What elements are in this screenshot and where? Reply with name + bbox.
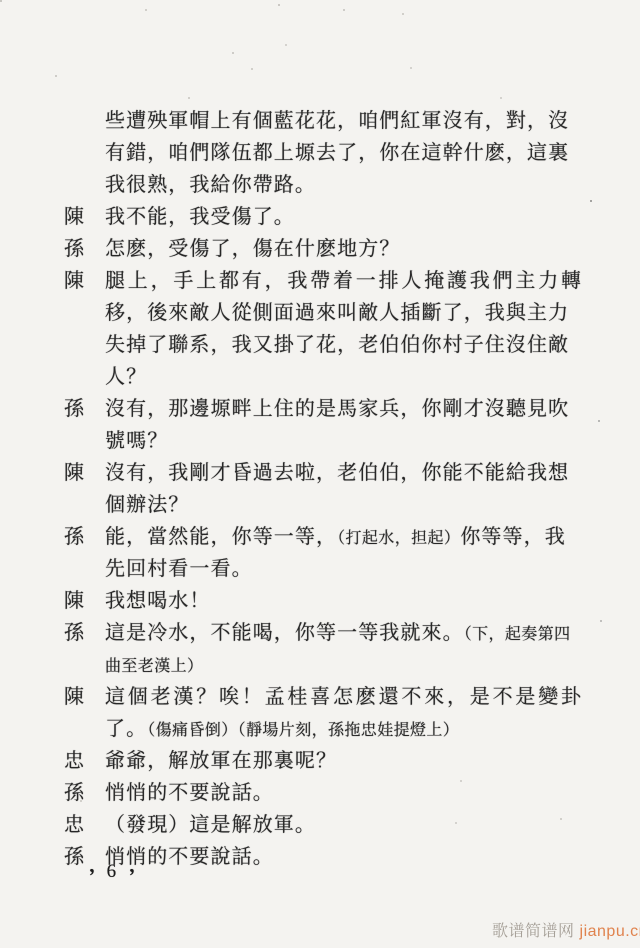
watermark-site-name: 歌谱简谱网 [492, 923, 575, 940]
speaker-label: 忠 [64, 810, 105, 840]
script-line: 陳我想喝水！ [64, 586, 590, 618]
dialogue-text: 能，當然能，你等一等，（打起水，担起）你等等，我 [105, 522, 566, 554]
dialogue-text: 我很熟，我給你帶路。 [105, 170, 316, 202]
script-text-block: 些遭殃軍帽上有個藍花花，咱們紅軍沒有，對，沒 有錯，咱們隊伍都上塬去了，你在這幹… [64, 106, 590, 874]
dialogue-text: 移，後來敵人從側面過來叫敵人插斷了，我與主力 [105, 298, 569, 330]
speaker-label: 孫 [64, 394, 105, 424]
script-line: 陳我不能，我受傷了。 [64, 202, 590, 234]
dialogue-text: 號嗎？ [105, 426, 168, 458]
script-line: 先回村看一看。 [64, 554, 590, 586]
dialogue-text: 先回村看一看。 [105, 554, 253, 586]
dialogue-text: 些遭殃軍帽上有個藍花花，咱們紅軍沒有，對，沒 [105, 106, 569, 138]
script-line: 孫能，當然能，你等一等，（打起水，担起）你等等，我 [64, 522, 590, 554]
dialogue-text: 我想喝水！ [105, 586, 211, 618]
page-number-footer: ‚6‚ [88, 860, 135, 883]
dialogue-text: 怎麽，受傷了，傷在什麽地方？ [105, 234, 400, 266]
speaker-label: 陳 [64, 586, 105, 616]
speaker-label: 孫 [64, 778, 105, 808]
dialogue-text: 曲至老漢上） [105, 650, 203, 682]
script-line: 有錯，咱們隊伍都上塬去了，你在這幹什麽，這裏 [64, 138, 590, 170]
dialogue-text: （發現）這是解放軍。 [105, 810, 316, 842]
script-line: 忠爺爺，解放軍在那裏呢？ [64, 746, 590, 778]
dialogue-text: 了。（傷痛昏倒）（靜場片刻，孫拖忠娃提燈上） [105, 714, 459, 746]
watermark: 歌谱简谱网jianpu.cn [492, 918, 640, 941]
script-line: 失掉了聯系，我又掛了花，老伯伯你村子住沒住敵 [64, 330, 590, 362]
script-line: 孫悄悄的不要說話。 [64, 778, 590, 810]
script-line: 陳沒有，我剛才昏過去啦，老伯伯，你能不能給我想 [64, 458, 590, 490]
dialogue-text: 有錯，咱們隊伍都上塬去了，你在這幹什麽，這裏 [105, 138, 569, 170]
dialogue-text: 腿上，手上都有，我帶着一排人掩護我們主力轉 [105, 266, 584, 298]
scanned-script-page: 些遭殃軍帽上有個藍花花，咱們紅軍沒有，對，沒 有錯，咱們隊伍都上塬去了，你在這幹… [0, 0, 640, 948]
script-line: 了。（傷痛昏倒）（靜場片刻，孫拖忠娃提燈上） [64, 714, 590, 746]
speaker-label: 陳 [64, 682, 105, 712]
script-line: 陳腿上，手上都有，我帶着一排人掩護我們主力轉 [64, 266, 590, 298]
dialogue-text: 爺爺，解放軍在那裏呢？ [105, 746, 337, 778]
script-line: 人？ [64, 362, 590, 394]
script-line: 個辦法？ [64, 490, 590, 522]
watermark-site-url: jianpu.cn [580, 923, 640, 940]
script-line: 曲至老漢上） [64, 650, 590, 682]
script-line: 孫悄悄的不要說話。 [64, 842, 590, 874]
script-line: 陳這個老漢？唉！孟桂喜怎麽還不來，是不是變卦 [64, 682, 590, 714]
speaker-label: 孫 [64, 522, 105, 552]
dialogue-text: 人？ [105, 362, 147, 394]
speaker-label: 孫 [64, 234, 105, 264]
dialogue-text: 沒有，那邊塬畔上住的是馬家兵，你剛才沒聽見吹 [105, 394, 569, 426]
speaker-label: 陳 [64, 266, 105, 296]
script-line: 孫這是冷水，不能喝，你等一等我就來。（下，起奏第四 [64, 618, 590, 650]
script-line: 孫怎麽，受傷了，傷在什麽地方？ [64, 234, 590, 266]
dialogue-text: 這是冷水，不能喝，你等一等我就來。（下，起奏第四 [105, 618, 571, 650]
dialogue-text: 我不能，我受傷了。 [105, 202, 295, 234]
page-number: 6 [107, 861, 117, 883]
dialogue-text: 悄悄的不要說話。 [105, 778, 274, 810]
script-line: 忠（發現）這是解放軍。 [64, 810, 590, 842]
dialogue-text: 個辦法？ [105, 490, 189, 522]
speaker-label: 陳 [64, 202, 105, 232]
script-line: 移，後來敵人從側面過來叫敵人插斷了，我與主力 [64, 298, 590, 330]
script-line: 我很熟，我給你帶路。 [64, 170, 590, 202]
speaker-label: 孫 [64, 618, 105, 648]
script-line: 些遭殃軍帽上有個藍花花，咱們紅軍沒有，對，沒 [64, 106, 590, 138]
dialogue-text: 沒有，我剛才昏過去啦，老伯伯，你能不能給我想 [105, 458, 569, 490]
speaker-label: 陳 [64, 458, 105, 488]
script-line: 孫沒有，那邊塬畔上住的是馬家兵，你剛才沒聽見吹 [64, 394, 590, 426]
speaker-label: 忠 [64, 746, 105, 776]
script-line: 號嗎？ [64, 426, 590, 458]
scan-noise-specks [0, 0, 2, 2]
dialogue-text: 這個老漢？唉！孟桂喜怎麽還不來，是不是變卦 [105, 682, 584, 714]
dialogue-text: 失掉了聯系，我又掛了花，老伯伯你村子住沒住敵 [105, 330, 569, 362]
